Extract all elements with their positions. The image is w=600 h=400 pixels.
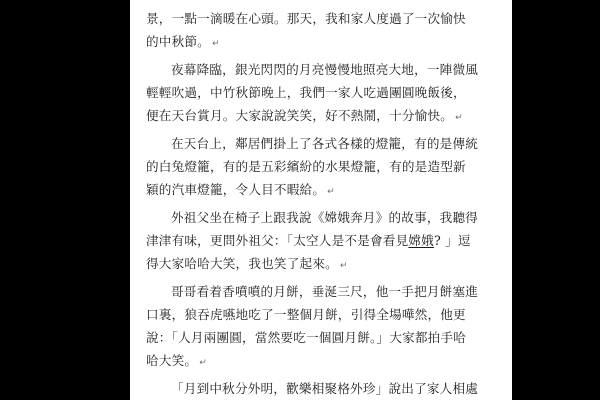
- paragraph-mark-icon: ↵: [199, 358, 207, 368]
- paragraph-4: 外祖父坐在椅子上跟我說《嫦娥奔月》的故事，我聽得 津津有味，更問外祖父：「太空人…: [146, 206, 472, 275]
- text-line: 的中秋節。↵: [146, 30, 472, 53]
- text-line: 輕輕吹過，中竹秋節晚上，我們一家人吃過團圓晚飯後，: [146, 81, 472, 104]
- text-line: 的白兔燈籠，有的是五彩繽紛的水果燈籠，有的是造型新: [146, 155, 472, 178]
- text-line: 說：「人月兩團圓，當然要吃一個圓月餅。」大家都拍手哈: [146, 326, 472, 349]
- line-text: 穎的汽車燈籠，令人目不暇給。: [146, 182, 325, 197]
- line-text: 哈大笑。: [146, 353, 197, 368]
- document-page: 景，一點一滴暖在心頭。那天，我和家人度過了一次愉快 的中秋節。↵ 夜幕降臨，銀光…: [130, 0, 512, 400]
- text-line: 穎的汽車燈籠，令人目不暇給。↵: [146, 178, 472, 201]
- text-line: 口裏，狼吞虎嚥地吃了一整個月餅，引得全場嘩然，他更: [146, 303, 472, 326]
- paragraph-3: 在天台上，鄰居們掛上了各式各樣的燈籠，有的是傳統 的白兔燈籠，有的是五彩繽紛的水…: [146, 132, 472, 201]
- text-line: 外祖父坐在椅子上跟我說《嫦娥奔月》的故事，我聽得: [146, 206, 472, 229]
- paragraph-mark-icon: ↵: [340, 261, 348, 271]
- text-line: 哈大笑。↵: [146, 349, 472, 372]
- paragraph-5: 哥哥看着香噴噴的月餅，垂涎三尺，他一手把月餅塞進 口裏，狼吞虎嚥地吃了一整個月餅…: [146, 280, 472, 372]
- line-text: 津津有味，更問外祖父：「太空人是不是會看見: [146, 233, 408, 248]
- paragraph-mark-icon: ↵: [212, 39, 220, 49]
- text-line: 便在天台賞月。大家說說笑笑，好不熱鬧，十分愉快。↵: [146, 104, 472, 127]
- text-line: 景，一點一滴暖在心頭。那天，我和家人度過了一次愉快: [146, 7, 472, 30]
- text-line: 津津有味，更問外祖父：「太空人是不是會看見嫦娥? 」逗: [146, 229, 472, 252]
- text-line: 夜幕降臨，銀光閃閃的月亮慢慢地照亮大地，一陣微風: [146, 58, 472, 81]
- paragraph-6: 「月到中秋分外明，歡樂相聚格外珍」說出了家人相處: [146, 377, 472, 400]
- text-line: 在天台上，鄰居們掛上了各式各樣的燈籠，有的是傳統: [146, 132, 472, 155]
- line-text: 便在天台賞月。大家說說笑笑，好不熱鬧，十分愉快。: [146, 108, 453, 123]
- paragraph-mark-icon: ↵: [455, 113, 463, 123]
- text-line: 得大家哈哈大笑，我也笑了起來。↵: [146, 252, 472, 275]
- viewer-background: 景，一點一滴暖在心頭。那天，我和家人度過了一次愉快 的中秋節。↵ 夜幕降臨，銀光…: [0, 0, 600, 400]
- paragraph-mark-icon: ↵: [327, 187, 335, 197]
- line-text: 的中秋節。: [146, 34, 210, 49]
- text-line: 「月到中秋分外明，歡樂相聚格外珍」說出了家人相處: [146, 377, 472, 400]
- line-text: ? 」逗: [434, 233, 471, 248]
- paragraph-1: 景，一點一滴暖在心頭。那天，我和家人度過了一次愉快 的中秋節。↵: [146, 7, 472, 53]
- line-text: 得大家哈哈大笑，我也笑了起來。: [146, 256, 338, 271]
- paragraph-2: 夜幕降臨，銀光閃閃的月亮慢慢地照亮大地，一陣微風 輕輕吹過，中竹秋節晚上，我們一…: [146, 58, 472, 127]
- text-line: 哥哥看着香噴噴的月餅，垂涎三尺，他一手把月餅塞進: [146, 280, 472, 303]
- essay-text: 景，一點一滴暖在心頭。那天，我和家人度過了一次愉快 的中秋節。↵ 夜幕降臨，銀光…: [130, 0, 512, 400]
- underlined-term: 嫦娥: [408, 233, 434, 248]
